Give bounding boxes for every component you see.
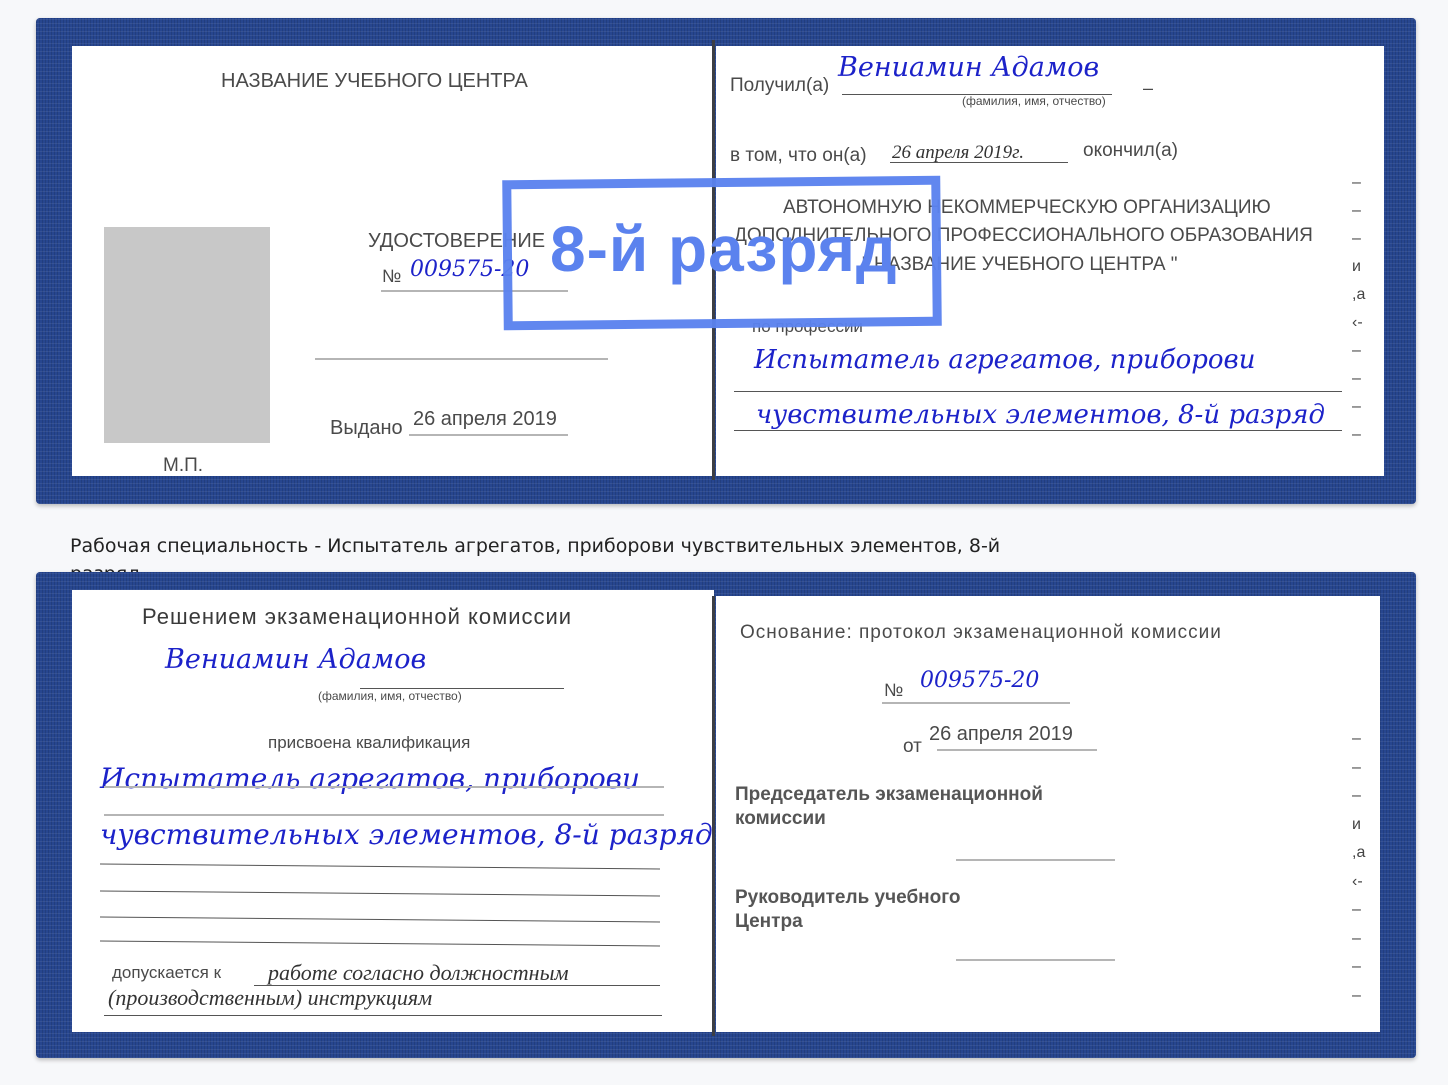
edge-mark: ‹- [1352, 873, 1363, 891]
edge-mark: – [1352, 958, 1361, 976]
that-label: в том, что он(а) [730, 145, 867, 167]
grade-stamp-text: 8-й разряд [550, 212, 898, 286]
training-center-name: НАЗВАНИЕ УЧЕБНОГО ЦЕНТРА [221, 70, 528, 93]
graduate-name: Вениамин Адамов [165, 644, 426, 675]
edge-mark: – [1352, 398, 1361, 416]
stamp-place-label: М.П. [163, 455, 203, 477]
chairman-label-1: Председатель экзаменационной [735, 784, 1043, 806]
blank-line [315, 358, 608, 360]
received-label: Получил(а) [730, 75, 829, 97]
received-dash: – [1143, 78, 1153, 99]
photo-placeholder [104, 227, 270, 443]
edge-mark: и [1352, 258, 1361, 276]
qualification-line-2: чувствительных элементов, 8-й разряд [100, 818, 713, 851]
edge-mark: – [1352, 787, 1361, 805]
finished-label: окончил(а) [1083, 140, 1178, 162]
admitted-line-1: работе согласно должностным [268, 960, 569, 986]
number-label: № [382, 266, 401, 287]
fio-hint-bottom: (фамилия, имя, отчество) [318, 689, 462, 703]
chairman-label-2: комиссии [735, 808, 826, 830]
profession-underline-1 [734, 391, 1342, 392]
bottom-spine [712, 596, 715, 1036]
qualification-underline-1 [104, 786, 664, 788]
admitted-underline-2 [104, 1015, 662, 1016]
decision-title: Решением экзаменационной комиссии [142, 604, 572, 630]
qualification-label: присвоена квалификация [268, 733, 470, 753]
edge-mark: ,а [1352, 286, 1365, 304]
fio-hint: (фамилия, имя, отчество) [962, 94, 1106, 108]
admitted-label: допускается к [112, 963, 221, 983]
basis-title: Основание: протокол экзаменационной коми… [740, 622, 1222, 644]
protocol-number-label: № [884, 680, 903, 701]
edge-mark: ,а [1352, 844, 1365, 862]
edge-mark: – [1352, 230, 1361, 248]
protocol-number-underline [882, 702, 1070, 704]
edge-mark: – [1352, 987, 1361, 1005]
profession-line-1: Испытатель агрегатов, приборови [754, 345, 1255, 375]
edge-mark: – [1352, 426, 1361, 444]
issued-underline [409, 434, 568, 436]
edge-mark: – [1352, 174, 1361, 192]
head-signature-line[interactable] [956, 959, 1115, 961]
issued-label: Выдано [330, 417, 403, 440]
received-name: Вениамин Адамов [838, 52, 1099, 83]
edge-mark: – [1352, 370, 1361, 388]
protocol-number: 009575-20 [920, 668, 1039, 693]
qualification-underline-2 [104, 814, 664, 816]
head-label-1: Руководитель учебного [735, 887, 961, 909]
edge-mark: – [1352, 901, 1361, 919]
admitted-line-2: (производственным) инструкциям [108, 985, 432, 1011]
qualification-line-1: Испытатель агрегатов, приборови [100, 762, 640, 795]
head-label-2: Центра [735, 911, 803, 933]
edge-mark: – [1352, 730, 1361, 748]
edge-mark: – [1352, 930, 1361, 948]
edge-mark: – [1352, 342, 1361, 360]
profession-underline-2 [734, 430, 1342, 431]
edge-mark: – [1352, 202, 1361, 220]
issued-date: 26 апреля 2019 [413, 408, 557, 431]
from-label: от [903, 736, 922, 758]
protocol-date-underline [937, 749, 1097, 751]
chairman-signature-line[interactable] [956, 859, 1115, 861]
edge-mark: – [1352, 759, 1361, 777]
completion-date: 26 апреля 2019г. [892, 142, 1024, 164]
edge-mark: ‹- [1352, 314, 1363, 332]
completion-underline [890, 162, 1068, 163]
protocol-date: 26 апреля 2019 [929, 723, 1073, 746]
edge-mark: и [1352, 816, 1361, 834]
profession-line-2: чувствительных элементов, 8-й разряд [756, 400, 1325, 430]
